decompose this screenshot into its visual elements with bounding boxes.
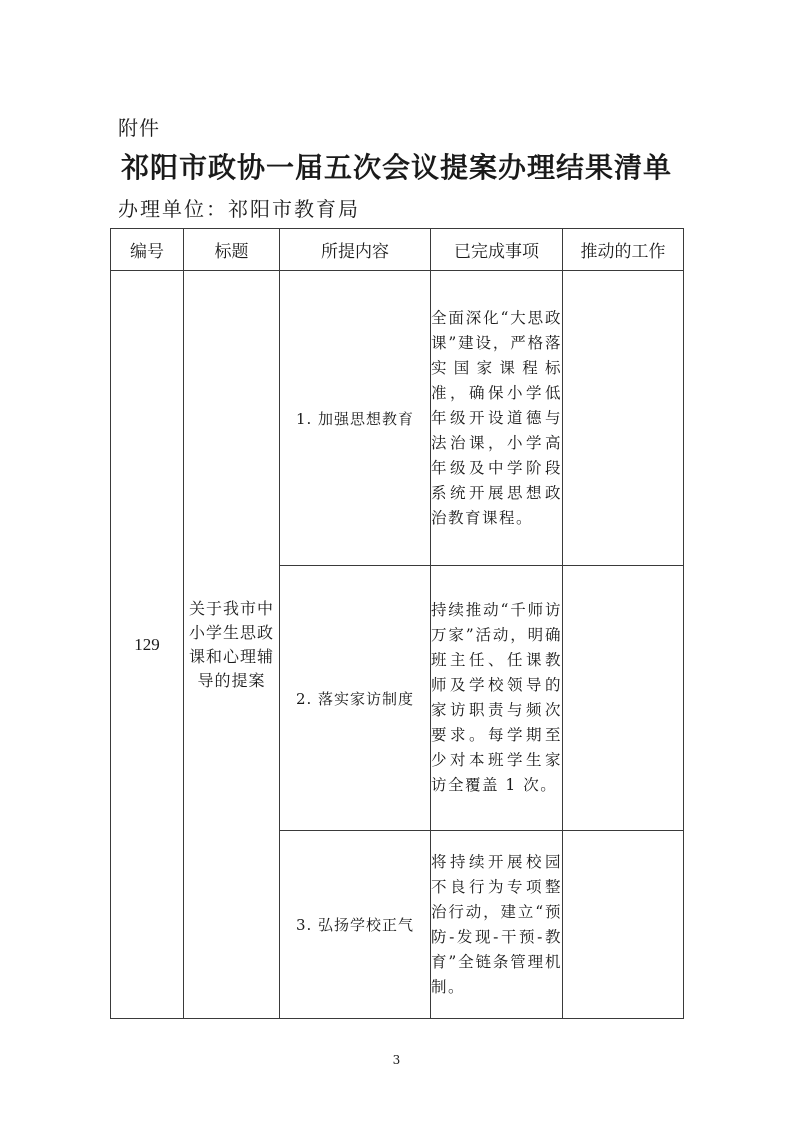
- attachment-label: 附件: [118, 112, 160, 141]
- page-number: 3: [0, 1053, 793, 1067]
- proposal-title: 关于我市中小学生思政课和心理辅导的提案: [184, 271, 280, 1019]
- item-content: 1. 加强思想教育: [280, 271, 431, 566]
- item-content: 3. 弘扬学校正气: [280, 831, 431, 1019]
- table-row: 129 关于我市中小学生思政课和心理辅导的提案 1. 加强思想教育 全面深化“大…: [111, 271, 684, 566]
- proposal-number: 129: [111, 271, 184, 1019]
- item-completed: 全面深化“大思政课”建设，严格落实国家课程标准，确保小学低年级开设道德与法治课，…: [431, 271, 563, 566]
- item-completed: 将持续开展校园不良行为专项整治行动，建立“预防-发现-干预-教育”全链条管理机制…: [431, 831, 563, 1019]
- item-promoted: [563, 271, 684, 566]
- handling-unit: 办理单位：祁阳市教育局: [118, 193, 360, 222]
- item-promoted: [563, 831, 684, 1019]
- item-content: 2. 落实家访制度: [280, 566, 431, 831]
- proposal-results-table: 编号 标题 所提内容 已完成事项 推动的工作 129 关于我市中小学生思政课和心…: [110, 228, 684, 1019]
- header-title: 标题: [184, 229, 280, 271]
- item-promoted: [563, 566, 684, 831]
- header-content: 所提内容: [280, 229, 431, 271]
- header-number: 编号: [111, 229, 184, 271]
- document-title: 祁阳市政协一届五次会议提案办理结果清单: [0, 146, 793, 186]
- table-header-row: 编号 标题 所提内容 已完成事项 推动的工作: [111, 229, 684, 271]
- header-promoted: 推动的工作: [563, 229, 684, 271]
- header-completed: 已完成事项: [431, 229, 563, 271]
- item-completed: 持续推动“千师访万家”活动，明确班主任、任课教师及学校领导的家访职责与频次要求。…: [431, 566, 563, 831]
